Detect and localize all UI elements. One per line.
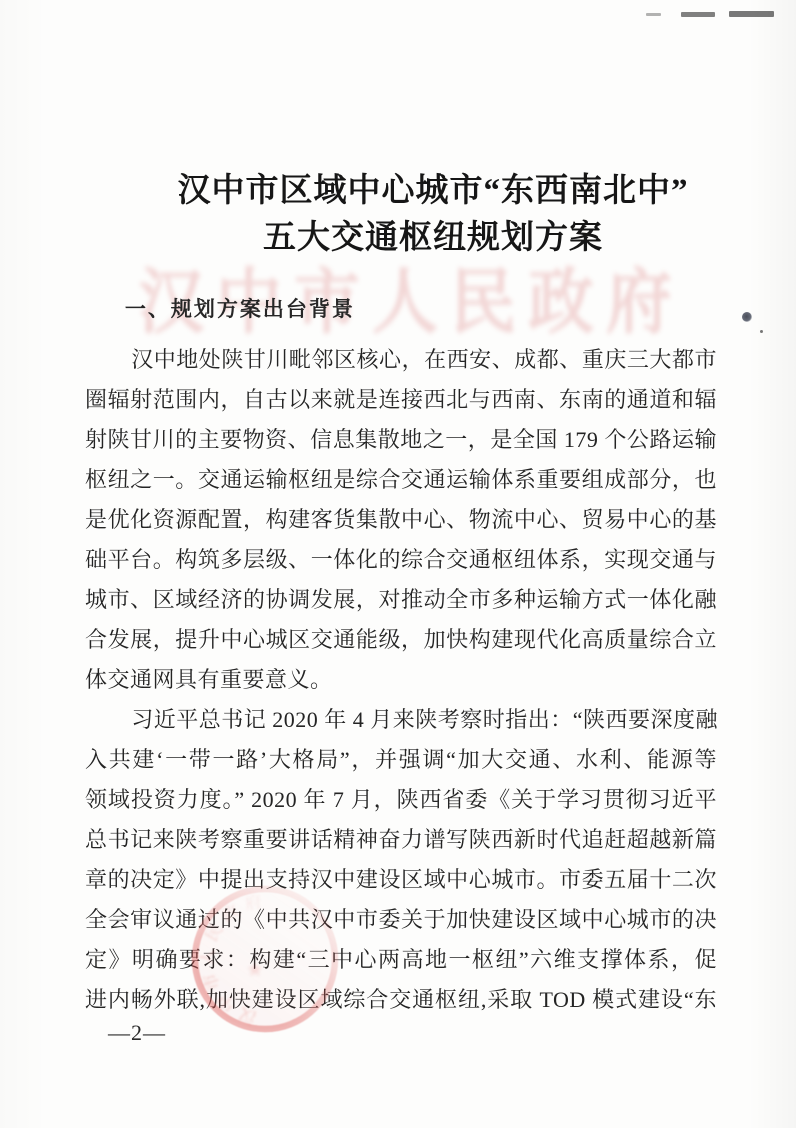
body-line: 领域投资力度。” 2020 年 7 月，陕西省委《关于学习贯彻习近平 — [85, 780, 717, 820]
document-title-line-2: 五大交通枢纽规划方案 — [35, 215, 796, 262]
document-title-line-1: 汉中市区域中心城市“东西南北中” — [35, 168, 796, 215]
section-heading: 一、规划方案出台背景 — [85, 294, 725, 326]
scan-artifact — [681, 12, 715, 17]
body-line: 射陕甘川的主要物资、信息集散地之一，是全国 179 个公路运输 — [85, 420, 717, 460]
body-line: 圈辐射范围内，自古以来就是连接西北与西南、东南的通道和辐 — [85, 380, 717, 420]
body-line: 习近平总书记 2020 年 4 月来陕考察时指出：“陕西要深度融 — [85, 700, 717, 740]
body-line: 全会审议通过的《中共汉中市委关于加快建设区域中心城市的决 — [85, 900, 717, 940]
scan-artifact — [646, 13, 661, 16]
body-line: 章的决定》中提出支持汉中建设区域中心城市。市委五届十二次 — [85, 860, 717, 900]
body-line: 枢纽之一。交通运输枢纽是综合交通运输体系重要组成部分，也 — [85, 460, 717, 500]
ink-dot-artifact — [742, 312, 752, 322]
body-line: 体交通网具有重要意义。 — [85, 660, 717, 700]
body-line: 汉中地处陕甘川毗邻区核心，在西安、成都、重庆三大都市 — [85, 340, 717, 380]
body-line: 城市、区域经济的协调发展，对推动全市多种运输方式一体化融 — [85, 580, 717, 620]
body-line: 础平台。构筑多层级、一体化的综合交通枢纽体系，实现交通与 — [85, 540, 717, 580]
body-line: 总书记来陕考察重要讲话精神奋力谱写陕西新时代追赶超越新篇 — [85, 820, 717, 860]
scanned-document-page: 汉中市区域中心城市“东西南北中” 五大交通枢纽规划方案 汉中市人民政府 一、规划… — [0, 0, 796, 1128]
page-number: —2— — [108, 1020, 166, 1046]
body-line: 入共建‘一带一路’大格局”，并强调“加大交通、水利、能源等 — [85, 740, 717, 780]
body-line: 进内畅外联,加快建设区域综合交通枢纽,采取 TOD 模式建设“东 — [85, 980, 717, 1020]
body-line: 定》明确要求：构建“三中心两高地一枢纽”六维支撑体系，促 — [85, 940, 717, 980]
body-text: 汉中地处陕甘川毗邻区核心，在西安、成都、重庆三大都市 圈辐射范围内，自古以来就是… — [85, 340, 717, 1020]
body-line: 是优化资源配置，构建客货集散中心、物流中心、贸易中心的基 — [85, 500, 717, 540]
ink-speck-artifact — [760, 330, 763, 333]
scan-artifact — [729, 11, 774, 17]
document-title: 汉中市区域中心城市“东西南北中” 五大交通枢纽规划方案 — [35, 168, 796, 262]
body-line: 合发展，提升中心城区交通能级，加快构建现代化高质量综合立 — [85, 620, 717, 660]
